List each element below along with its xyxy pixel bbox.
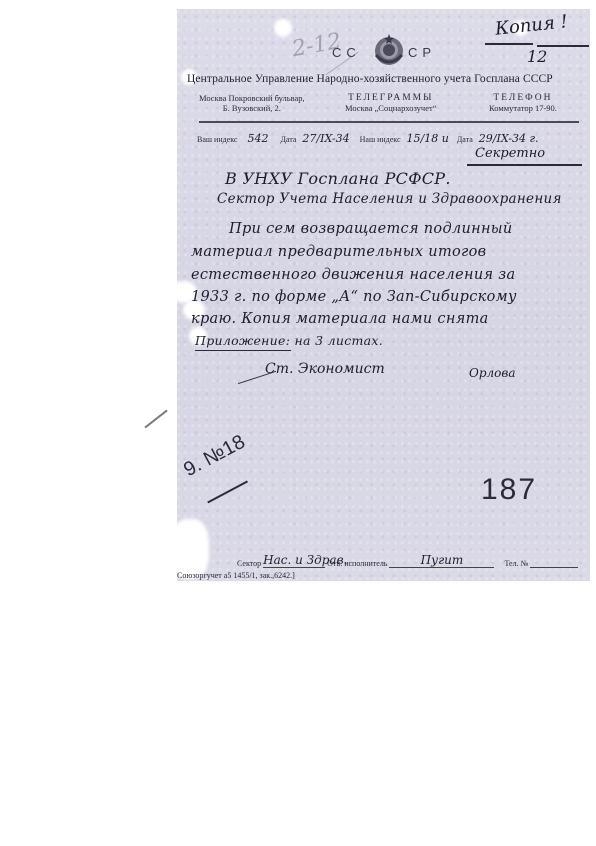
date2-label: Дата	[457, 135, 473, 144]
body-line-2: материал предварительных итогов	[191, 244, 486, 260]
body-line-6: Приложение: на 3 листах.	[195, 333, 383, 348]
addressee-line-1: В УНХУ Госплана РСФСР.	[225, 169, 451, 188]
body-line-4: 1933 г. по форме „А“ по Зап-Сибирскому	[191, 289, 517, 305]
telegrams-block: ТЕЛЕГРАММЫ Москва „Соцнархозучет“	[345, 93, 436, 113]
stray-pen-mark	[144, 410, 167, 429]
scanned-letter-page: 2-12 СС СР Копия ! 12 Центральное Управл…	[177, 9, 590, 581]
telegrams-label: ТЕЛЕГРАММЫ	[345, 93, 436, 103]
address-line-1: Москва Покровский бульвар,	[199, 93, 305, 103]
phone-label: Тел. №	[504, 559, 528, 568]
annotation-underline	[485, 43, 533, 45]
margin-note-left: 9. №18	[180, 431, 249, 482]
our-index-label: Наш индекс	[360, 135, 401, 144]
executor-label: Отв. исполнитель	[327, 559, 387, 568]
our-index-value: 15/18 и	[407, 132, 449, 145]
addressee-line-2: Сектор Учета Населения и Здравоохранения	[217, 191, 562, 207]
classification-stamp: Секретно	[475, 146, 545, 161]
telephone-block: ТЕЛЕФОН Коммутатор 17-90.	[489, 93, 557, 113]
signatory-name: Орлова	[469, 366, 516, 380]
executor-value: Пугит	[421, 553, 464, 567]
ussr-emblem-icon	[373, 33, 405, 69]
ussr-text-right: СР	[408, 45, 436, 60]
address-block: Москва Покровский бульвар, Б. Вузовский,…	[199, 93, 305, 113]
date2-value: 29/IX-34 г.	[479, 132, 539, 145]
attachment-underline	[195, 350, 291, 351]
margin-note-stroke	[207, 481, 247, 503]
sector-label: Сектор	[237, 559, 261, 568]
header-divider	[199, 121, 579, 123]
telegrams-value: Москва „Соцнархозучет“	[345, 103, 436, 113]
punch-hole	[177, 519, 209, 579]
your-index-label: Ваш индекс	[197, 135, 237, 144]
copy-number: 12	[527, 47, 547, 66]
print-code: Союзоргучет а5 1455/1, зак.,6242.]	[177, 571, 295, 580]
date1-label: Дата	[280, 135, 296, 144]
your-index-value: 542	[247, 132, 268, 145]
signatory-title: Ст. Экономист	[265, 361, 385, 377]
phone-value	[530, 567, 578, 568]
telephone-label: ТЕЛЕФОН	[489, 93, 557, 103]
reference-row: Ваш индекс 542 Дата 27/IX-34 Наш индекс …	[197, 132, 539, 145]
footer-row: Сектор Нас. и Здрав. Отв. исполнитель Пу…	[237, 553, 578, 568]
margin-note-right: 187	[481, 473, 537, 507]
telephone-value: Коммутатор 17-90.	[489, 103, 557, 113]
date1-value: 27/IX-34	[302, 132, 349, 145]
body-line-1: При сем возвращается подлинный	[229, 221, 513, 237]
classification-underline	[467, 164, 582, 166]
organization-name: Центральное Управление Народно-хозяйстве…	[187, 73, 553, 85]
body-line-5: краю. Копия материала нами снята	[191, 311, 489, 327]
address-line-2: Б. Вузовский, 2.	[199, 103, 305, 113]
ussr-text-left: СС	[332, 45, 361, 60]
body-line-3: естественного движения населения за	[191, 267, 515, 283]
